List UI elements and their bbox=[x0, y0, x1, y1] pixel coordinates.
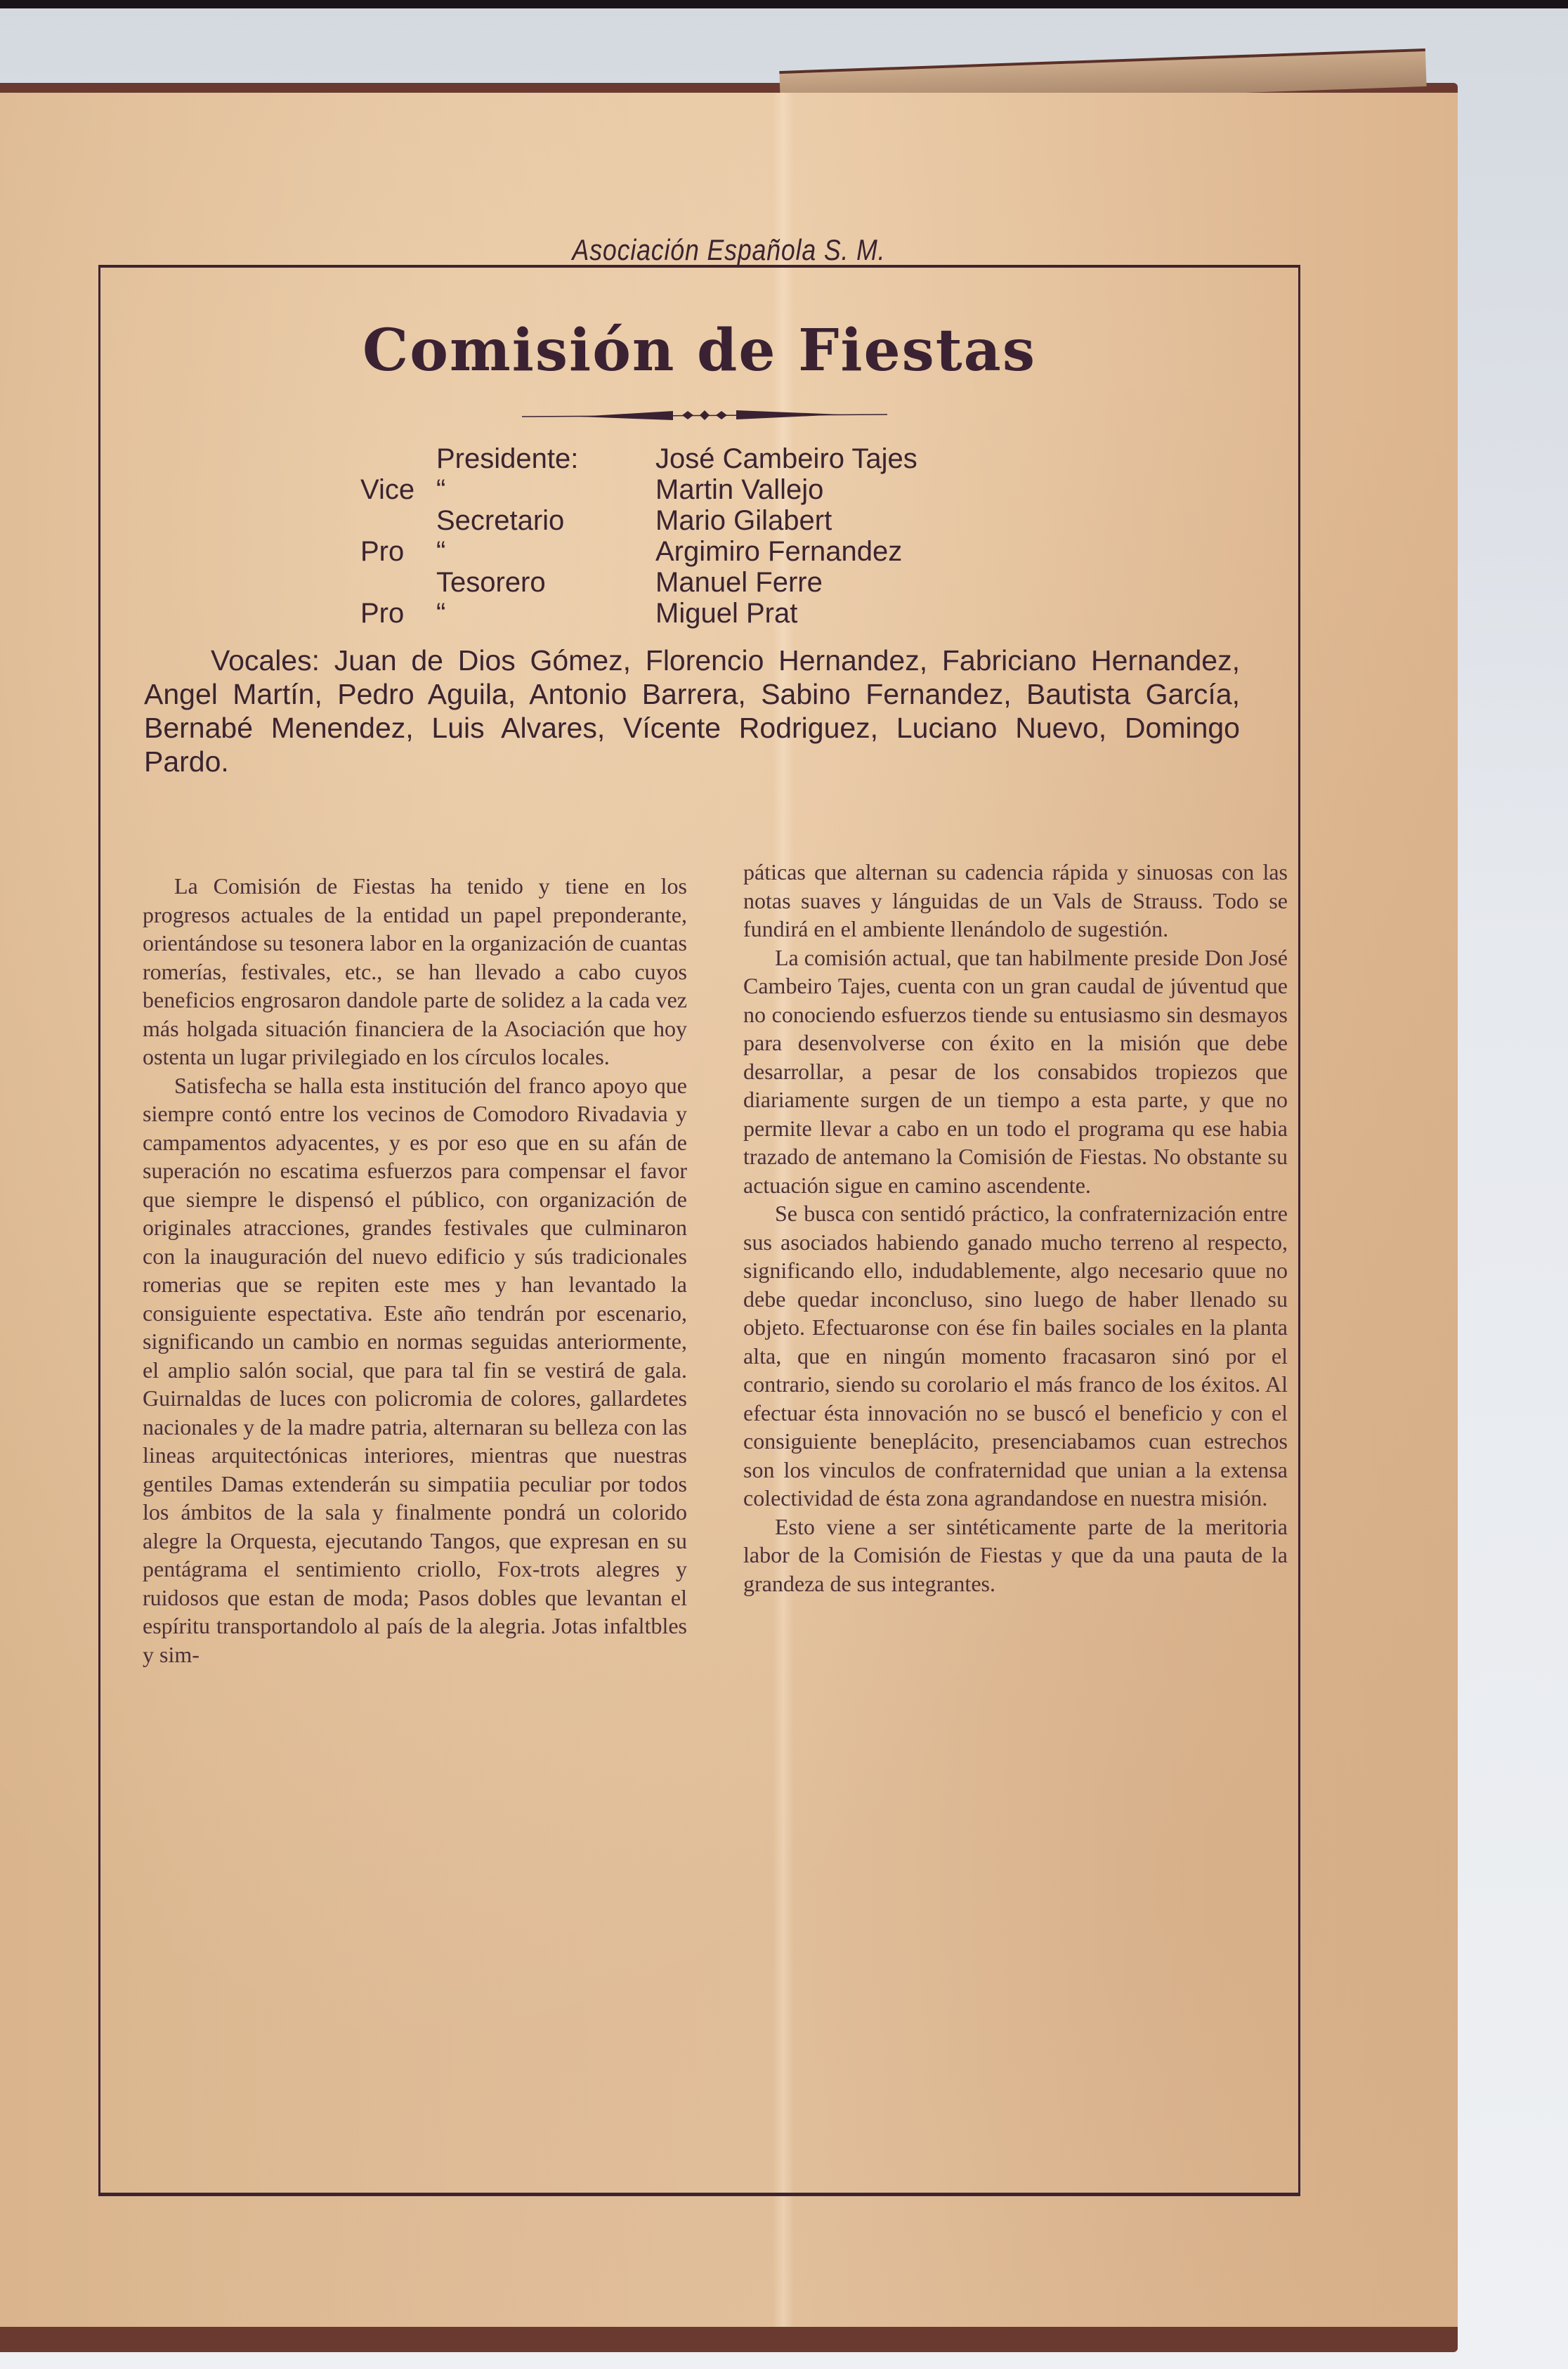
officer-prefix: Pro bbox=[360, 536, 404, 567]
article-column-left: La Comisión de Fiestas ha tenido y tiene… bbox=[143, 872, 687, 1669]
paragraph: Esto viene a ser sintéticamente parte de… bbox=[743, 1513, 1288, 1598]
officer-row: Pro “ Argimiro Fernandez bbox=[100, 536, 1298, 567]
officer-row: Secretario Mario Gilabert bbox=[100, 505, 1298, 536]
officer-name: José Cambeiro Tajes bbox=[655, 443, 917, 474]
article-column-right: páticas que alternan su cadencia rápida … bbox=[743, 858, 1288, 1598]
article-title: Comisión de Fiestas bbox=[100, 317, 1298, 384]
officer-prefix: Pro bbox=[360, 598, 404, 629]
officer-name: Martin Vallejo bbox=[655, 474, 823, 505]
officer-prefix: Vice bbox=[360, 474, 414, 505]
scan-top-edge bbox=[0, 0, 1568, 8]
officer-name: Miguel Prat bbox=[655, 598, 797, 629]
officer-role: “ bbox=[436, 536, 445, 567]
officer-role: Presidente: bbox=[436, 443, 578, 474]
officer-role: “ bbox=[436, 474, 445, 505]
officer-row: Presidente: José Cambeiro Tajes bbox=[100, 443, 1298, 474]
running-head: Asociación Española S. M. bbox=[110, 233, 1349, 267]
officer-name: Argimiro Fernandez bbox=[655, 536, 902, 567]
officer-name: Mario Gilabert bbox=[655, 505, 832, 536]
title-ornament-icon bbox=[515, 408, 894, 422]
officer-name: Manuel Ferre bbox=[655, 567, 823, 598]
officer-row: Vice “ Martin Vallejo bbox=[100, 474, 1298, 505]
officer-role: Secretario bbox=[436, 505, 564, 536]
officer-role: Tesorero bbox=[436, 567, 546, 598]
paragraph: Satisfecha se halla esta institución del… bbox=[143, 1071, 687, 1669]
officer-role: “ bbox=[436, 598, 445, 629]
document-page: Asociación Española S. M. Comisión de Fi… bbox=[0, 93, 1458, 2327]
paragraph: La comisión actual, que tan habilmente p… bbox=[743, 944, 1288, 1200]
article-frame: Comisión de Fiestas Presidente: José Cam… bbox=[98, 265, 1300, 2196]
paragraph: páticas que alternan su cadencia rápida … bbox=[743, 858, 1288, 944]
officer-row: Pro “ Miguel Prat bbox=[100, 598, 1298, 629]
paragraph: Se busca con sentidó práctico, la confra… bbox=[743, 1199, 1288, 1513]
officer-row: Tesorero Manuel Ferre bbox=[100, 567, 1298, 598]
paragraph: La Comisión de Fiestas ha tenido y tiene… bbox=[143, 872, 687, 1071]
officers-list: Presidente: José Cambeiro Tajes Vice “ M… bbox=[100, 443, 1298, 629]
vocales-list: Vocales: Juan de Dios Gómez, Florencio H… bbox=[144, 644, 1240, 778]
